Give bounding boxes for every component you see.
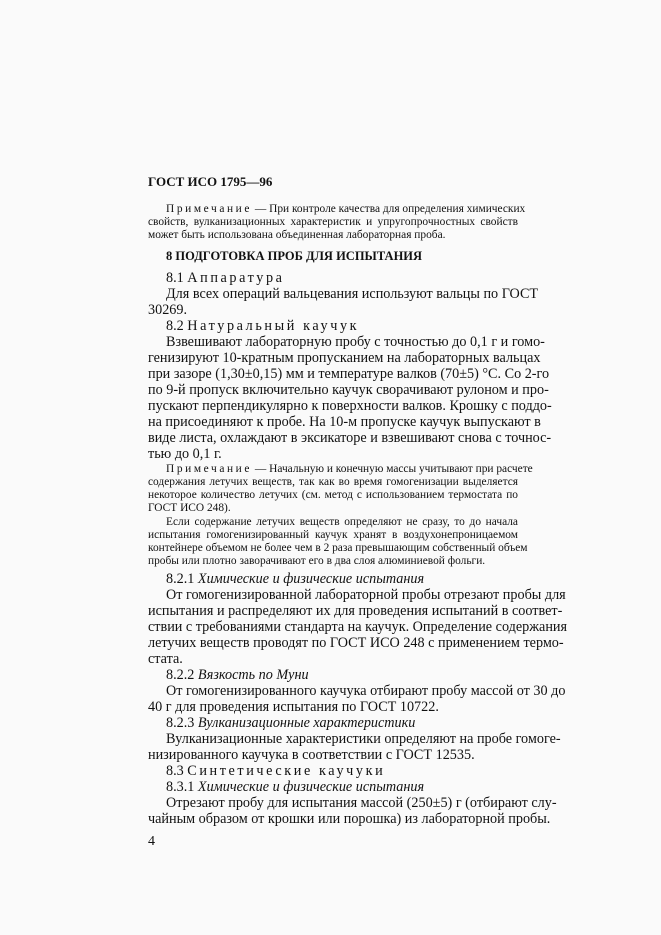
subsection-heading: 8.2.1 Химические и физические испытания <box>166 571 518 587</box>
paragraph-line: летучих веществ проводят по ГОСТ ИСО 248… <box>148 635 518 651</box>
paragraph-line: стата. <box>148 651 518 667</box>
subsection-heading: 8.3 Синтетические каучуки <box>166 763 518 779</box>
paragraph-line: пускают перпендикулярно к поверхности ва… <box>148 398 518 414</box>
note-label: Примечание <box>166 463 252 475</box>
paragraph-line: тью до 0,1 г. <box>148 446 518 462</box>
subsection-heading: 8.2 Натуральный каучук <box>166 318 518 334</box>
paragraph-line: низированного каучука в соответствии с Г… <box>148 747 518 763</box>
paragraph-line: при зазоре (1,30±0,15) мм и температуре … <box>148 366 518 382</box>
note-line: содержания летучих веществ, так как во в… <box>148 476 518 489</box>
paragraph-line: Вулканизационные характеристики определя… <box>166 731 518 747</box>
note-line: ГОСТ ИСО 248). <box>148 502 518 515</box>
paragraph-line: Отрезают пробу для испытания массой (250… <box>166 795 518 811</box>
note-line: испытания гомогенизированный каучук хран… <box>148 529 518 542</box>
section-heading: 8 ПОДГОТОВКА ПРОБ ДЛЯ ИСПЫТАНИЯ <box>166 249 518 264</box>
subsection-heading: 8.3.1 Химические и физические испытания <box>166 779 518 795</box>
paragraph-line: генизируют 10-кратным пропусканием на ла… <box>148 350 518 366</box>
subsection-heading: 8.2.3 Вулканизационные характеристики <box>166 715 518 731</box>
note-line: Примечание — Начальную и конечную массы … <box>166 463 518 476</box>
document-header: ГОСТ ИСО 1795—96 <box>148 174 518 190</box>
subsection-heading: 8.2.2 Вязкость по Муни <box>166 667 518 683</box>
note-line: может быть использована объединенная лаб… <box>148 229 518 242</box>
paragraph-line: Для всех операций вальцевания используют… <box>166 286 518 302</box>
note-label: Примечание <box>166 203 252 215</box>
paragraph-line: испытания и распределяют их для проведен… <box>148 603 518 619</box>
paragraph-line: по 9-й пропуск включительно каучук свора… <box>148 382 518 398</box>
note-line: Если содержание летучих веществ определя… <box>166 516 518 529</box>
subsection-heading: 8.1 Аппаратура <box>166 270 518 286</box>
note-line: некоторое количество летучих (см. метод … <box>148 489 518 502</box>
note-line: контейнере объемом не более чем в 2 раза… <box>148 542 518 555</box>
paragraph-line: чайным образом от крошки или порошка) из… <box>148 811 518 827</box>
paragraph-line: Взвешивают лабораторную пробу с точность… <box>166 334 518 350</box>
note-line: свойств, вулканизационных характеристик … <box>148 216 518 229</box>
note-line: Примечание — При контроле качества для о… <box>166 203 518 216</box>
paragraph-line: 40 г для проведения испытания по ГОСТ 10… <box>148 699 518 715</box>
paragraph-line: От гомогенизированного каучука отбирают … <box>166 683 518 699</box>
paragraph-line: ствии с требованиями стандарта на каучук… <box>148 619 518 635</box>
paragraph-line: От гомогенизированной лабораторной пробы… <box>166 587 518 603</box>
page-number: 4 <box>148 834 518 850</box>
note-line: пробы или плотно заворачивают его в два … <box>148 555 518 568</box>
paragraph-line: виде листа, охлаждают в эксикаторе и взв… <box>148 430 518 446</box>
paragraph-line: 30269. <box>148 302 518 318</box>
paragraph-line: на присоединяют к пробе. На 10-м пропуск… <box>148 414 518 430</box>
